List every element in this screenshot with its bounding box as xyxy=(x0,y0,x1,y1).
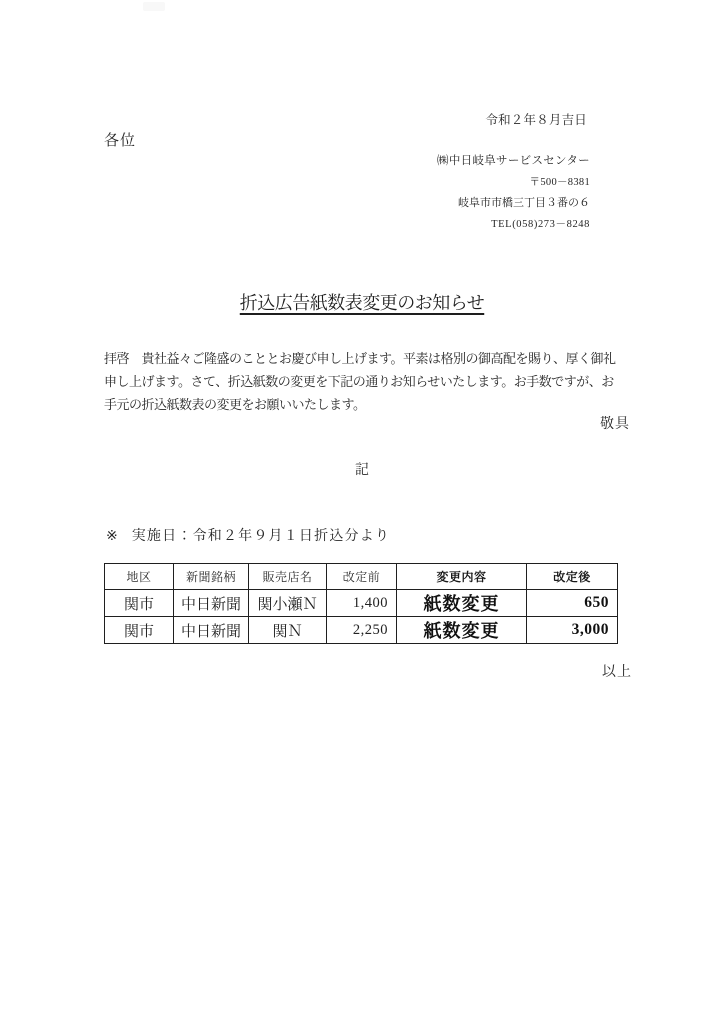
letter-page: 令和２年８月吉日 各位 ㈱中日岐阜サービスセンター 〒500－8381 岐阜市市… xyxy=(0,0,724,1024)
cell-store: 関小瀬Ｎ xyxy=(249,590,327,617)
document-title-text: 折込広告紙数表変更のお知らせ xyxy=(240,293,484,313)
header-paper: 新聞銘柄 xyxy=(174,564,249,590)
document-date: 令和２年８月吉日 xyxy=(485,110,587,128)
change-table: 地区 新聞銘柄 販売店名 改定前 変更内容 改定後 関市 中日新聞 関小瀬Ｎ 1… xyxy=(104,563,618,644)
cell-store: 関Ｎ xyxy=(249,617,327,644)
end-mark-ijou: 以上 xyxy=(602,661,632,681)
greeting-line: 申し上げます。さて、折込紙数の変更を下記の通りお知らせいたします。お手数ですが、… xyxy=(104,370,615,393)
cell-area: 関市 xyxy=(105,617,174,644)
sender-address: 岐阜市市橋三丁目３番の６ xyxy=(437,193,590,214)
cell-before: 2,250 xyxy=(327,617,397,644)
recipient-label: 各位 xyxy=(104,129,136,150)
greeting-line: 手元の折込紙数表の変更をお願いいたします。 xyxy=(104,393,615,416)
effective-date-text: 実施日：令和２年９月１日折込分より xyxy=(132,529,390,544)
header-store: 販売店名 xyxy=(249,564,327,590)
change-table-container: 地区 新聞銘柄 販売店名 改定前 変更内容 改定後 関市 中日新聞 関小瀬Ｎ 1… xyxy=(104,563,618,644)
header-after: 改定後 xyxy=(527,564,618,590)
scan-artifact xyxy=(143,2,165,11)
record-mark-ki: 記 xyxy=(0,459,724,479)
sender-postal-code: 〒500－8381 xyxy=(437,172,590,193)
header-change: 変更内容 xyxy=(397,564,527,590)
table-row: 関市 中日新聞 関Ｎ 2,250 紙数変更 3,000 xyxy=(105,617,618,644)
cell-before: 1,400 xyxy=(327,590,397,617)
table-row: 関市 中日新聞 関小瀬Ｎ 1,400 紙数変更 650 xyxy=(105,590,618,617)
sender-block: ㈱中日岐阜サービスセンター 〒500－8381 岐阜市市橋三丁目３番の６ TEL… xyxy=(437,150,590,236)
cell-paper: 中日新聞 xyxy=(174,590,249,617)
cell-change: 紙数変更 xyxy=(397,617,527,644)
greeting-line: 拝啓 貴社益々ご隆盛のこととお慶び申し上げます。平素は格別の御高配を賜り、厚く御… xyxy=(104,347,615,370)
header-before: 改定前 xyxy=(327,564,397,590)
cell-change: 紙数変更 xyxy=(397,590,527,617)
cell-paper: 中日新聞 xyxy=(174,617,249,644)
effective-date-note: ※実施日：令和２年９月１日折込分より xyxy=(106,525,390,545)
asterisk-marker: ※ xyxy=(106,529,118,544)
cell-area: 関市 xyxy=(105,590,174,617)
greeting-paragraph: 拝啓 貴社益々ご隆盛のこととお慶び申し上げます。平素は格別の御高配を賜り、厚く御… xyxy=(104,347,615,416)
table-header-row: 地区 新聞銘柄 販売店名 改定前 変更内容 改定後 xyxy=(105,564,618,590)
header-area: 地区 xyxy=(105,564,174,590)
closing-keigu: 敬具 xyxy=(600,413,630,433)
cell-after: 650 xyxy=(527,590,618,617)
cell-after: 3,000 xyxy=(527,617,618,644)
sender-company: ㈱中日岐阜サービスセンター xyxy=(437,150,590,172)
sender-telephone: TEL(058)273－8248 xyxy=(437,214,590,236)
document-title: 折込広告紙数表変更のお知らせ xyxy=(0,289,724,315)
